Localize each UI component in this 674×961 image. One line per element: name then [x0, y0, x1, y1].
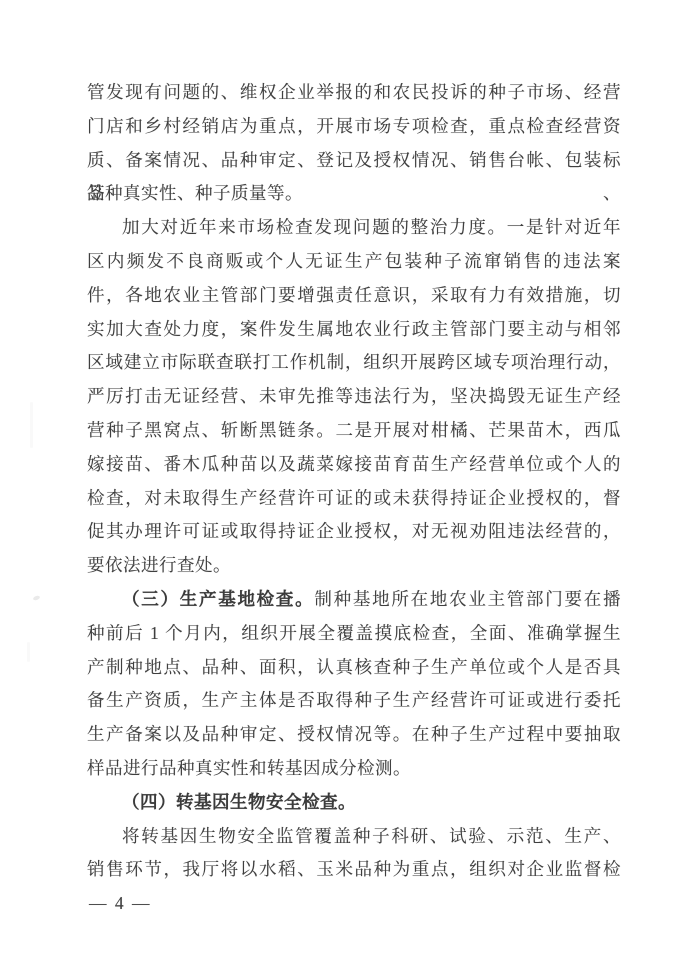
text-line: 检查，对未取得生产经营许可证的或未获得持证企业授权的，督 [87, 482, 621, 516]
text-line: 种前后 1 个月内，组织开展全覆盖摸底检查，全面、准确掌握生 [87, 617, 621, 651]
text-line: 门店和乡村经销店为重点，开展市场专项检查，重点检查经营资 [87, 110, 621, 144]
text-line: 将转基因生物安全监管覆盖种子科研、试验、示范、生产、 [87, 820, 621, 854]
text-line: 质、备案情况、品种审定、登记及授权情况、销售台帐、包装标签、 [87, 144, 621, 178]
scan-smudge-artifact [27, 642, 30, 662]
text-line: 备生产资质，生产主体是否取得种子生产经营许可证或进行委托 [87, 684, 621, 718]
text-line: 产制种地点、品种、面积，认真核查种子生产单位或个人是否具 [87, 651, 621, 685]
scanned-page: 管发现有问题的、维权企业举报的和农民投诉的种子市场、经营门店和乡村经销店为重点，… [0, 0, 674, 961]
text-line: 生产备案以及品种审定、授权情况等。在种子生产过程中要抽取 [87, 718, 621, 752]
text-line: 销售环节，我厅将以水稻、玉米品种为重点，组织对企业监督检 [87, 853, 621, 887]
text-line: 促其办理许可证或取得持证企业授权，对无视劝阻违法经营的， [87, 515, 621, 549]
text-line: 件，各地农业主管部门要增强责任意识，采取有力有效措施，切 [87, 279, 621, 313]
section-heading: （四）转基因生物安全检查。 [122, 792, 356, 812]
text-line: 样品进行品种真实性和转基因成分检测。 [87, 752, 621, 786]
text-line: （四）转基因生物安全检查。 [87, 786, 621, 820]
text-line: 要依法进行查处。 [87, 549, 621, 583]
text-line: 实加大查处力度，案件发生属地农业行政主管部门要主动与相邻 [87, 313, 621, 347]
text-line: 加大对近年来市场检查发现问题的整治力度。一是针对近年 [87, 211, 621, 245]
text-line: 区内频发不良商贩或个人无证生产包装种子流窜销售的违法案 [87, 245, 621, 279]
page-number: — 4 — [89, 886, 152, 920]
document-body: 管发现有问题的、维权企业举报的和农民投诉的种子市场、经营门店和乡村经销店为重点，… [87, 76, 621, 887]
text-line: 嫁接苗、番木瓜种苗以及蔬菜嫁接苗育苗生产经营单位或个人的 [87, 448, 621, 482]
document-page: { "colors": { "text": "#3f3f3f", "page_b… [0, 0, 674, 961]
scan-smudge-artifact [30, 402, 33, 448]
text-line: （三）生产基地检查。制种基地所在地农业主管部门要在播 [87, 583, 621, 617]
text-line: 严厉打击无证经营、未审先推等违法行为，坚决捣毁无证生产经 [87, 380, 621, 414]
section-heading: （三）生产基地检查。 [122, 589, 314, 609]
text-line: 营种子黑窝点、斩断黑链条。二是开展对柑橘、芒果苗木，西瓜 [87, 414, 621, 448]
text-line: 区域建立市际联查联打工作机制，组织开展跨区域专项治理行动， [87, 346, 621, 380]
scan-speck-artifact [33, 595, 41, 601]
text-line: 管发现有问题的、维权企业举报的和农民投诉的种子市场、经营 [87, 76, 621, 110]
